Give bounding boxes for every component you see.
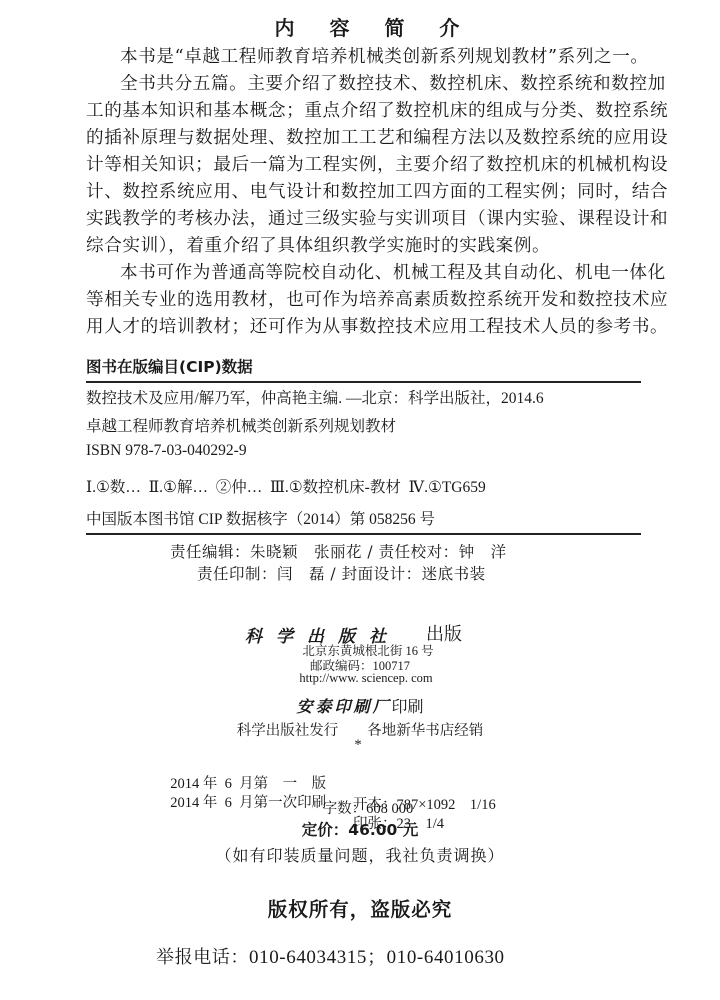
summary-line: 的插补原理与数据处理、数控加工工艺和编程方法以及数控系统的应用设 [86,125,668,152]
summary-line: 等相关专业的选用教材，也可作为培养高素质数控系统开发和数控技术应 [86,287,668,314]
hotline-numbers: 010-64034315；010-64010630 [249,947,505,968]
summary-line: 综合实训），着重介绍了具体组织教学实施时的实践案例。 [86,233,550,260]
cip-line-classification: Ⅰ.①数… Ⅱ.①解… ②仲… Ⅲ.①数控机床-教材 Ⅳ.①TG659 [86,475,486,497]
cip-line-isbn: ISBN 978-7-03-040292-9 [86,442,247,460]
summary-title: 内 容 简 介 [0,12,720,41]
copyright-notice: 版权所有，盗版必究 [0,894,720,922]
summary-line: 本书是“卓越工程师教育培养机械类创新系列规划教材”系列之一。 [120,44,649,71]
summary-line: 实践教学的考核办法，通过三级实验与实训项目（课内实验、课程设计和 [86,206,668,233]
quality-note: （如有印装质量问题，我社负责调换） [0,843,720,866]
publisher-website: http://www. sciencep. com [0,671,720,686]
printer-line: 安泰印刷厂印刷 [0,694,720,717]
cip-line-record-number: 中国版本图书馆 CIP 数据核字（2014）第 058256 号 [86,507,435,529]
summary-line: 计、数控系统应用、电气设计和数控加工四方面的工程实例；同时，结合 [86,179,668,206]
separator-asterisk: * [0,737,718,754]
report-hotline: 举报电话：010-64034315；010-64010630 [156,942,505,969]
summary-line: 用人才的培训教材；还可作为从事数控技术应用工程技术人员的参考书。 [86,314,668,341]
summary-line: 本书可作为普通高等院校自动化、机械工程及其自动化、机电一体化 [120,260,666,287]
cip-top-rule [86,381,641,383]
cip-line-series: 卓越工程师教育培养机械类创新系列规划教材 [86,414,396,436]
price: 定价：46.00 元 [0,818,720,840]
word-count: 字数：608 000 [8,797,720,818]
editors-line-2: 责任印制：闫 磊 / 封面设计：迷底书装 [197,562,486,584]
printer-name: 安泰印刷厂 [296,697,391,716]
editors-line-1: 责任编辑：朱晓颖 张丽花 / 责任校对：钟 洋 [170,540,507,562]
cip-bottom-rule [86,533,641,535]
hotline-label: 举报电话： [156,947,249,968]
cip-heading: 图书在版编目(CIP)数据 [86,355,253,377]
summary-line: 计等相关知识；最后一篇为工程实例，主要介绍了数控机床的机械机构设 [86,152,668,179]
printer-suffix: 印刷 [392,697,424,716]
summary-line: 工的基本知识和基本概念；重点介绍了数控机床的组成与分类、数控系统 [86,98,668,125]
summary-line: 全书共分五篇。主要介绍了数控技术、数控机床、数控系统和数控加 [120,71,666,98]
cip-line-title: 数控技术及应用/解乃军，仲高艳主编. —北京：科学出版社，2014.6 [86,386,544,408]
